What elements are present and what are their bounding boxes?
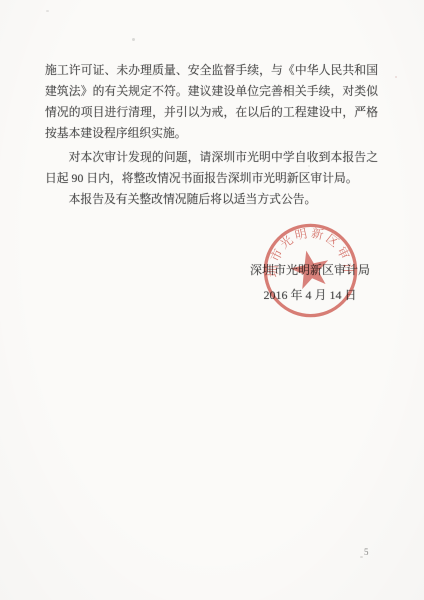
body-paragraph: 对本次审计发现的问题，请深圳市光明中学自收到本报告之日起 90 日内，将整改情况…	[45, 147, 378, 189]
report-body: 施工许可证、未办理质量、安全监督手续，与《中华人民共和国建筑法》的有关规定不符。…	[45, 60, 378, 210]
scan-speck	[360, 556, 363, 558]
scan-speck	[132, 38, 135, 41]
scan-speck	[395, 76, 397, 78]
body-paragraph: 施工许可证、未办理质量、安全监督手续，与《中华人民共和国建筑法》的有关规定不符。…	[45, 60, 378, 144]
signature-date: 2016 年 4 月 14 日	[240, 283, 380, 308]
scanned-document-page: 施工许可证、未办理质量、安全监督手续，与《中华人民共和国建筑法》的有关规定不符。…	[0, 0, 424, 600]
scan-speck	[46, 10, 49, 12]
signature-block: 深圳市光明新区审计局 2016 年 4 月 14 日	[240, 258, 380, 308]
body-paragraph: 本报告及有关整改情况随后将以适当方式公告。	[45, 189, 378, 210]
signature-org: 深圳市光明新区审计局	[240, 258, 380, 283]
page-number: 5	[364, 547, 369, 557]
